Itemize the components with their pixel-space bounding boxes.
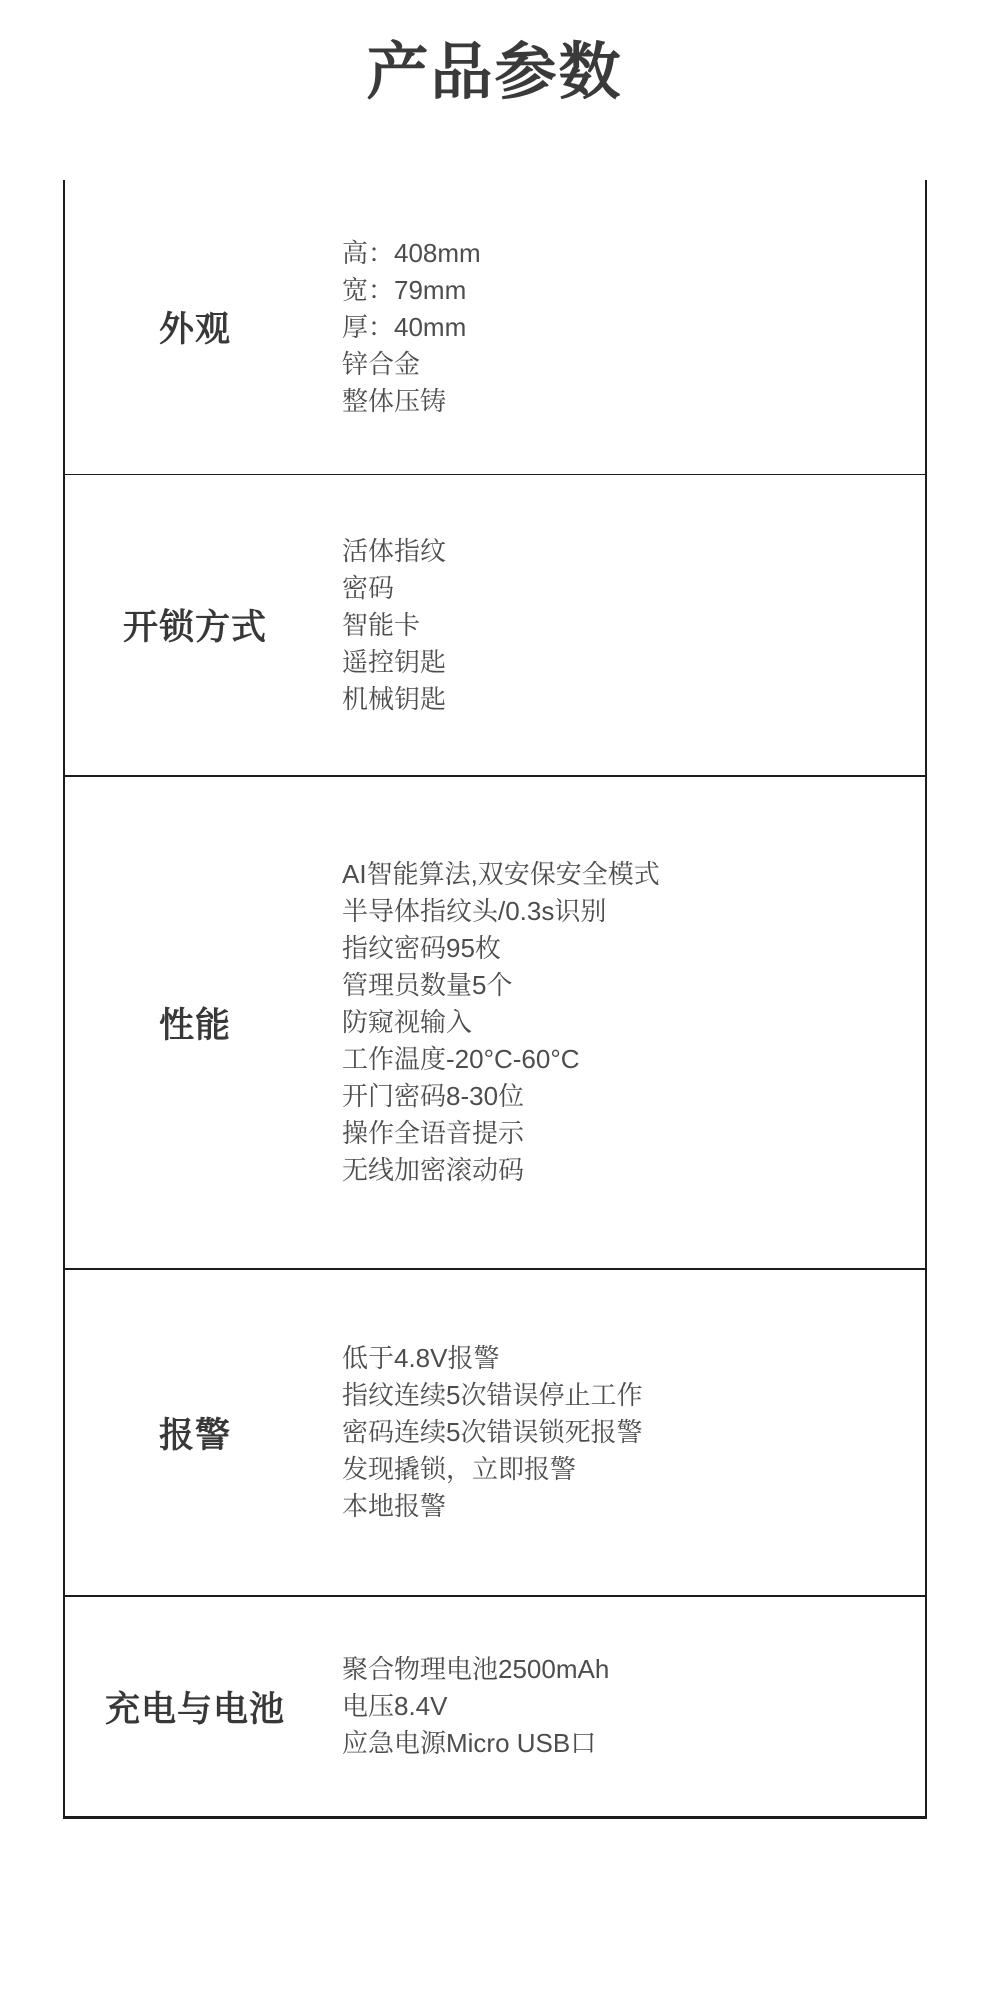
row-label: 充电与电池 <box>65 1597 325 1816</box>
spec-table: 外观 高：408mm宽：79mm厚：40mm锌合金整体压铸 开锁方式 活体指纹密… <box>63 180 927 1819</box>
spec-line: 电压8.4V <box>342 1688 925 1725</box>
spec-line: 锌合金 <box>342 346 925 383</box>
spec-line: 整体压铸 <box>342 383 925 420</box>
page-title: 产品参数 <box>0 22 989 111</box>
spec-line: 操作全语音提示 <box>342 1115 925 1152</box>
row-label: 性能 <box>65 777 325 1268</box>
spec-line: 密码 <box>342 570 925 607</box>
spec-line: 密码连续5次错误锁死报警 <box>342 1414 925 1451</box>
row-label: 报警 <box>65 1270 325 1595</box>
row-values: 聚合物理电池2500mAh电压8.4V应急电源Micro USB口 <box>325 1597 925 1816</box>
row-values: 高：408mm宽：79mm厚：40mm锌合金整体压铸 <box>325 180 925 474</box>
spec-line: 指纹连续5次错误停止工作 <box>342 1377 925 1414</box>
spec-line: 智能卡 <box>342 607 925 644</box>
spec-line: 本地报警 <box>342 1488 925 1525</box>
table-row-performance: 性能 AI智能算法,双安保安全模式半导体指纹头/0.3s识别指纹密码95枚管理员… <box>65 777 925 1270</box>
spec-line: AI智能算法,双安保安全模式 <box>342 856 925 893</box>
row-label: 外观 <box>65 180 325 474</box>
spec-line: 指纹密码95枚 <box>342 930 925 967</box>
spec-line: 防窥视输入 <box>342 1004 925 1041</box>
product-spec-page: 产品参数 外观 高：408mm宽：79mm厚：40mm锌合金整体压铸 开锁方式 … <box>0 0 989 2000</box>
spec-line: 无线加密滚动码 <box>342 1152 925 1189</box>
row-label: 开锁方式 <box>65 475 325 775</box>
spec-line: 开门密码8-30位 <box>342 1078 925 1115</box>
table-row-unlock-methods: 开锁方式 活体指纹密码智能卡遥控钥匙机械钥匙 <box>65 475 925 777</box>
spec-line: 遥控钥匙 <box>342 644 925 681</box>
spec-line: 发现撬锁，立即报警 <box>342 1451 925 1488</box>
spec-line: 管理员数量5个 <box>342 967 925 1004</box>
spec-line: 活体指纹 <box>342 533 925 570</box>
row-values: 低于4.8V报警指纹连续5次错误停止工作密码连续5次错误锁死报警发现撬锁，立即报… <box>325 1270 925 1595</box>
spec-line: 工作温度-20°C-60°C <box>342 1041 925 1078</box>
table-row-charging-battery: 充电与电池 聚合物理电池2500mAh电压8.4V应急电源Micro USB口 <box>65 1597 925 1819</box>
table-row-appearance: 外观 高：408mm宽：79mm厚：40mm锌合金整体压铸 <box>65 180 925 475</box>
row-values: 活体指纹密码智能卡遥控钥匙机械钥匙 <box>325 475 925 775</box>
spec-line: 机械钥匙 <box>342 681 925 718</box>
spec-line: 宽：79mm <box>342 272 925 309</box>
spec-line: 厚：40mm <box>342 309 925 346</box>
table-row-alarm: 报警 低于4.8V报警指纹连续5次错误停止工作密码连续5次错误锁死报警发现撬锁，… <box>65 1270 925 1597</box>
spec-line: 聚合物理电池2500mAh <box>342 1651 925 1688</box>
spec-line: 半导体指纹头/0.3s识别 <box>342 893 925 930</box>
row-values: AI智能算法,双安保安全模式半导体指纹头/0.3s识别指纹密码95枚管理员数量5… <box>325 777 925 1268</box>
spec-line: 高：408mm <box>342 235 925 272</box>
spec-line: 低于4.8V报警 <box>342 1340 925 1377</box>
spec-line: 应急电源Micro USB口 <box>342 1725 925 1762</box>
